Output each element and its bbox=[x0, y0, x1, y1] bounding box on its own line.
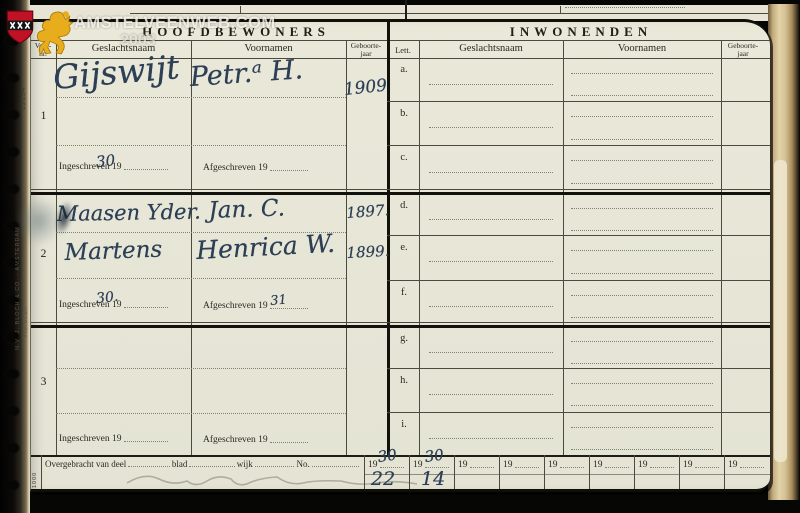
year-prefix: 19 bbox=[728, 460, 738, 470]
dotted-writing-line bbox=[571, 73, 713, 74]
lodger-letter: d. bbox=[391, 200, 417, 211]
afgeschreven-label: Afgeschreven 19 bbox=[203, 163, 268, 173]
golden-lion-icon bbox=[32, 8, 74, 56]
lodger-letter: e. bbox=[391, 242, 417, 253]
lodger-letter: g. bbox=[391, 333, 417, 344]
handwritten-birthyear: 1899. bbox=[346, 242, 390, 262]
photographed-register-page: 13154 VISIBLEX N.V. J. BLOCH & CO. - AMS… bbox=[0, 0, 800, 513]
transfer-fields: Overgebracht van deel blad wijk No. bbox=[45, 459, 361, 469]
dotted-fill-line bbox=[740, 467, 765, 468]
year-prefix: 19 bbox=[548, 460, 558, 470]
ingeschreven-label: Ingeschreven 19 bbox=[59, 434, 122, 444]
lodger-letter: c. bbox=[391, 152, 417, 163]
dotted-fill-line bbox=[470, 467, 495, 468]
dotted-writing-line bbox=[56, 368, 346, 369]
dotted-writing-line bbox=[429, 352, 553, 353]
lodger-letter: i. bbox=[391, 419, 417, 430]
dotted-fill-line bbox=[189, 466, 234, 467]
year-cell: 19 bbox=[454, 455, 499, 489]
page-stack-highlight bbox=[774, 160, 787, 462]
dotted-fill-line bbox=[650, 467, 675, 468]
dotted-writing-line bbox=[571, 295, 713, 296]
handwritten-birthyear: 1909 bbox=[343, 76, 388, 100]
dotted-fill-line bbox=[128, 466, 170, 467]
rule-line bbox=[56, 40, 57, 455]
afgeschreven-label: Afgeschreven 19 bbox=[203, 301, 268, 311]
handwritten-afgeschreven-year: 31 bbox=[270, 293, 288, 309]
row-number: 2 bbox=[31, 248, 56, 260]
rule-line bbox=[419, 40, 420, 455]
dotted-writing-line bbox=[56, 145, 346, 146]
handwritten-count: 14 bbox=[421, 468, 445, 490]
rule-line bbox=[405, 0, 407, 21]
rule-line bbox=[41, 455, 42, 489]
group-separator bbox=[31, 325, 770, 328]
dotted-writing-line bbox=[571, 208, 713, 209]
handwritten-firstnames: Jan. C. bbox=[208, 195, 285, 224]
handwritten-year: 30 bbox=[376, 446, 397, 466]
row-number: 3 bbox=[31, 376, 56, 388]
year-cell: 19 bbox=[724, 455, 769, 489]
year-prefix: 19 bbox=[683, 460, 693, 470]
amstelveen-coat-of-arms-icon bbox=[6, 10, 34, 44]
year-prefix: 19 bbox=[458, 460, 468, 470]
transfer-label-deel: Overgebracht van deel bbox=[45, 459, 126, 469]
dotted-fill-line bbox=[605, 467, 630, 468]
rule-line bbox=[721, 40, 722, 455]
afgeschreven-field: Afgeschreven 19 bbox=[203, 435, 310, 445]
section-title-inwonenden: INWONENDEN bbox=[401, 24, 761, 40]
afgeschreven-field: Afgeschreven 19 bbox=[203, 163, 310, 173]
dotted-fill-line bbox=[270, 170, 308, 171]
dotted-writing-line bbox=[571, 139, 713, 140]
lodger-letter: f. bbox=[391, 287, 417, 298]
year-cell: 19 bbox=[544, 455, 589, 489]
column-header-geboortejaar: Geboorte-jaar bbox=[346, 42, 386, 59]
column-header-geboortejaar: Geboorte-jaar bbox=[723, 42, 763, 59]
dotted-writing-line bbox=[571, 116, 713, 117]
watermark: AMSTELVEENWEB.COM 2003 bbox=[4, 8, 264, 64]
dotted-writing-line bbox=[571, 230, 713, 231]
year-cell: 19 bbox=[589, 455, 634, 489]
dotted-fill-line bbox=[270, 442, 308, 443]
lodger-letter: a. bbox=[391, 64, 417, 75]
dotted-writing-line bbox=[571, 273, 713, 274]
dotted-fill-line bbox=[695, 467, 720, 468]
dotted-writing-line bbox=[571, 183, 713, 184]
rule-line bbox=[387, 101, 770, 102]
form-brand-name: VISIBLEX bbox=[23, 228, 29, 338]
watermark-site-text: AMSTELVEENWEB.COM bbox=[74, 14, 276, 33]
dotted-writing-line bbox=[56, 97, 346, 98]
watermark-year-text: 2003 bbox=[120, 32, 156, 50]
dotted-writing-line bbox=[571, 427, 713, 428]
dotted-fill-line bbox=[124, 441, 168, 442]
transfer-label-no: No. bbox=[296, 459, 309, 469]
year-cell: 19 30 14 bbox=[409, 455, 454, 489]
column-header-voornamen: Voornamen bbox=[563, 43, 721, 54]
handwritten-year: 30 bbox=[423, 446, 444, 466]
dotted-writing-line bbox=[571, 449, 713, 450]
rule-line bbox=[31, 189, 770, 190]
handwritten-surname: Martens bbox=[64, 237, 163, 266]
rule-line bbox=[563, 40, 564, 455]
handwritten-surname: Maasen Yder. bbox=[57, 199, 201, 226]
rule-line bbox=[387, 368, 770, 369]
dotted-writing-line bbox=[571, 341, 713, 342]
year-prefix: 19 bbox=[503, 460, 513, 470]
afgeschreven-label: Afgeschreven 19 bbox=[203, 435, 268, 445]
dotted-fill-line bbox=[124, 169, 168, 170]
dotted-writing-line bbox=[571, 95, 713, 96]
dotted-writing-line bbox=[429, 84, 553, 85]
lodger-letter: h. bbox=[391, 375, 417, 386]
year-cell: 19 bbox=[679, 455, 724, 489]
rule-line bbox=[31, 322, 770, 323]
dotted-writing-line bbox=[571, 317, 713, 318]
register-card: HOOFDBEWONERS INWONENDEN Volg-nr. Geslac… bbox=[30, 19, 770, 492]
afgeschreven-field: Afgeschreven 19 bbox=[203, 301, 310, 311]
dotted-writing-line bbox=[56, 278, 346, 279]
dotted-writing-line bbox=[571, 250, 713, 251]
dotted-fill-line bbox=[560, 467, 585, 468]
column-header-lett: Lett. bbox=[387, 45, 419, 55]
year-cell: 19 30 22 bbox=[364, 455, 409, 489]
ingeschreven-field: Ingeschreven 19 bbox=[59, 434, 170, 444]
dotted-writing-line bbox=[429, 219, 553, 220]
footer-form-code: 1000 bbox=[32, 460, 38, 488]
group-separator bbox=[31, 192, 770, 195]
dotted-fill-line bbox=[255, 466, 295, 467]
dotted-fill-line bbox=[312, 466, 359, 467]
lodger-letter: b. bbox=[391, 108, 417, 119]
dotted-fill-line bbox=[124, 307, 168, 308]
year-prefix: 19 bbox=[638, 460, 648, 470]
column-header-geslachtsnaam: Geslachtsnaam bbox=[419, 43, 563, 54]
handwritten-count: 22 bbox=[371, 468, 395, 490]
dotted-writing-line bbox=[571, 405, 713, 406]
center-divider bbox=[387, 22, 390, 455]
dotted-writing-line bbox=[429, 306, 553, 307]
year-cell: 19 bbox=[634, 455, 679, 489]
handwritten-ingeschreven-year: 30 bbox=[95, 151, 116, 171]
rule-line bbox=[560, 6, 561, 14]
dotted-writing-line bbox=[571, 383, 713, 384]
rule-line bbox=[387, 235, 770, 236]
rule-line bbox=[191, 40, 192, 455]
dotted-rule bbox=[565, 7, 685, 8]
dotted-writing-line bbox=[571, 363, 713, 364]
rule-line bbox=[387, 145, 770, 146]
dotted-writing-line bbox=[429, 394, 553, 395]
dotted-writing-line bbox=[56, 413, 346, 414]
handwritten-ingeschreven-year: 30. bbox=[95, 289, 119, 307]
year-prefix: 19 bbox=[593, 460, 603, 470]
rule-line bbox=[387, 280, 770, 281]
row-number: 1 bbox=[31, 110, 56, 122]
dotted-writing-line bbox=[429, 127, 553, 128]
transfer-label-blad: blad bbox=[172, 459, 188, 469]
year-cell: 19 bbox=[499, 455, 544, 489]
dotted-writing-line bbox=[429, 261, 553, 262]
dotted-writing-line bbox=[429, 172, 553, 173]
transfer-label-wijk: wijk bbox=[237, 459, 253, 469]
dotted-writing-line bbox=[429, 438, 553, 439]
dotted-writing-line bbox=[571, 160, 713, 161]
handwritten-firstnames: Henrica W. bbox=[195, 229, 335, 265]
rule-line bbox=[387, 412, 770, 413]
dotted-fill-line bbox=[515, 467, 540, 468]
handwritten-birthyear: 1897. bbox=[346, 201, 390, 222]
